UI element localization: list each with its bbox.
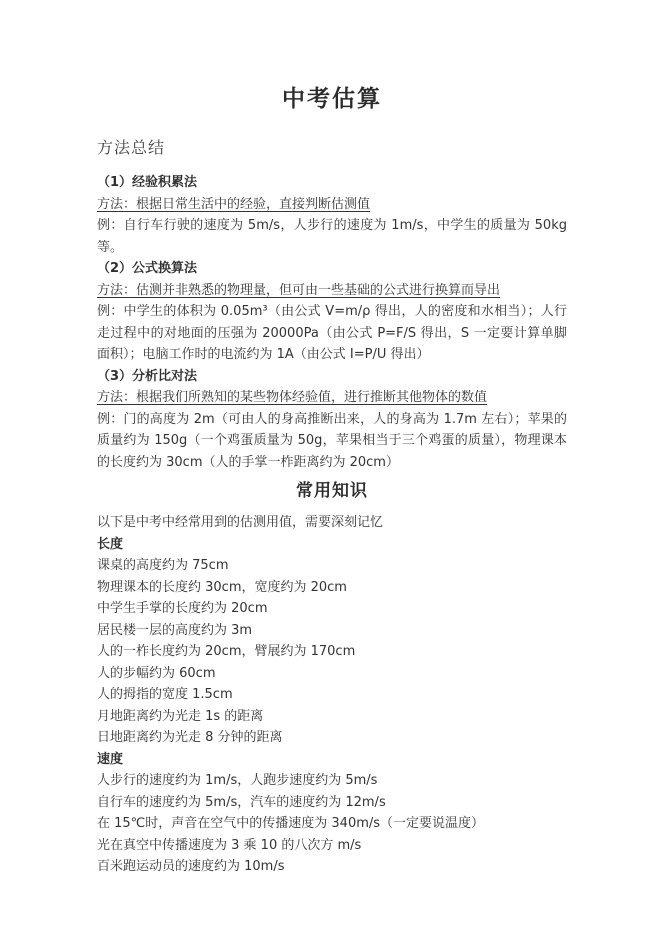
length-item: 中学生手掌的长度约为 20cm [97, 598, 567, 620]
common-knowledge-intro: 以下是中考中经常用到的估测用值，需要深刻记忆 [97, 512, 567, 534]
length-item: 课桌的高度约为 75cm [97, 555, 567, 577]
length-item: 日地距离约为光走 8 分钟的距离 [97, 727, 567, 749]
speed-item: 在 15℃时，声音在空气中的传播速度为 340m/s（一定要说温度） [97, 813, 567, 835]
document-page: 中考估算 方法总结 （1）经验积累法 方法：根据日常生活中的经验，直接判断估测值… [0, 0, 661, 935]
method-2-heading: （2）公式换算法 [97, 258, 567, 280]
length-item: 人的拇指的宽度 1.5cm [97, 684, 567, 706]
method-3-heading: （3）分析比对法 [97, 366, 567, 388]
document-title: 中考估算 [97, 80, 567, 113]
method-1-example: 例：自行车行驶的速度为 5m/s，人步行的速度为 1m/s，中学生的质量为 50… [97, 215, 567, 258]
method-1-rule: 方法：根据日常生活中的经验，直接判断估测值 [97, 194, 567, 216]
method-2-rule: 方法：估测并非熟悉的物理量，但可由一些基础的公式进行换算而导出 [97, 280, 567, 302]
length-item: 物理课本的长度约 30cm，宽度约为 20cm [97, 577, 567, 599]
method-2-example: 例：中学生的体积为 0.05m³（由公式 V=m/ρ 得出，人的密度和水相当）；… [97, 301, 567, 366]
length-item: 月地距离约为光走 1s 的距离 [97, 706, 567, 728]
length-item: 居民楼一层的高度约为 3m [97, 620, 567, 642]
speed-item: 百米跑运动员的速度约为 10m/s [97, 856, 567, 878]
method-3-rule: 方法：根据我们所熟知的某些物体经验值，进行推断其他物体的数值 [97, 387, 567, 409]
speed-item: 人步行的速度约为 1m/s，人跑步速度约为 5m/s [97, 770, 567, 792]
document-content: 中考估算 方法总结 （1）经验积累法 方法：根据日常生活中的经验，直接判断估测值… [0, 0, 661, 878]
method-1-heading: （1）经验积累法 [97, 172, 567, 194]
length-item: 人的步幅约为 60cm [97, 663, 567, 685]
methods-section-heading: 方法总结 [97, 135, 567, 158]
length-item: 人的一柞长度约为 20cm，臂展约为 170cm [97, 641, 567, 663]
common-knowledge-heading: 常用知识 [97, 476, 567, 501]
speed-section-heading: 速度 [97, 749, 567, 771]
speed-item: 自行车的速度约为 5m/s，汽车的速度约为 12m/s [97, 792, 567, 814]
speed-item: 光在真空中传播速度为 3 乘 10 的八次方 m/s [97, 835, 567, 857]
method-3-example: 例：门的高度为 2m（可由人的身高推断出来，人的身高为 1.7m 左右）；苹果的… [97, 409, 567, 474]
length-section-heading: 长度 [97, 534, 567, 556]
